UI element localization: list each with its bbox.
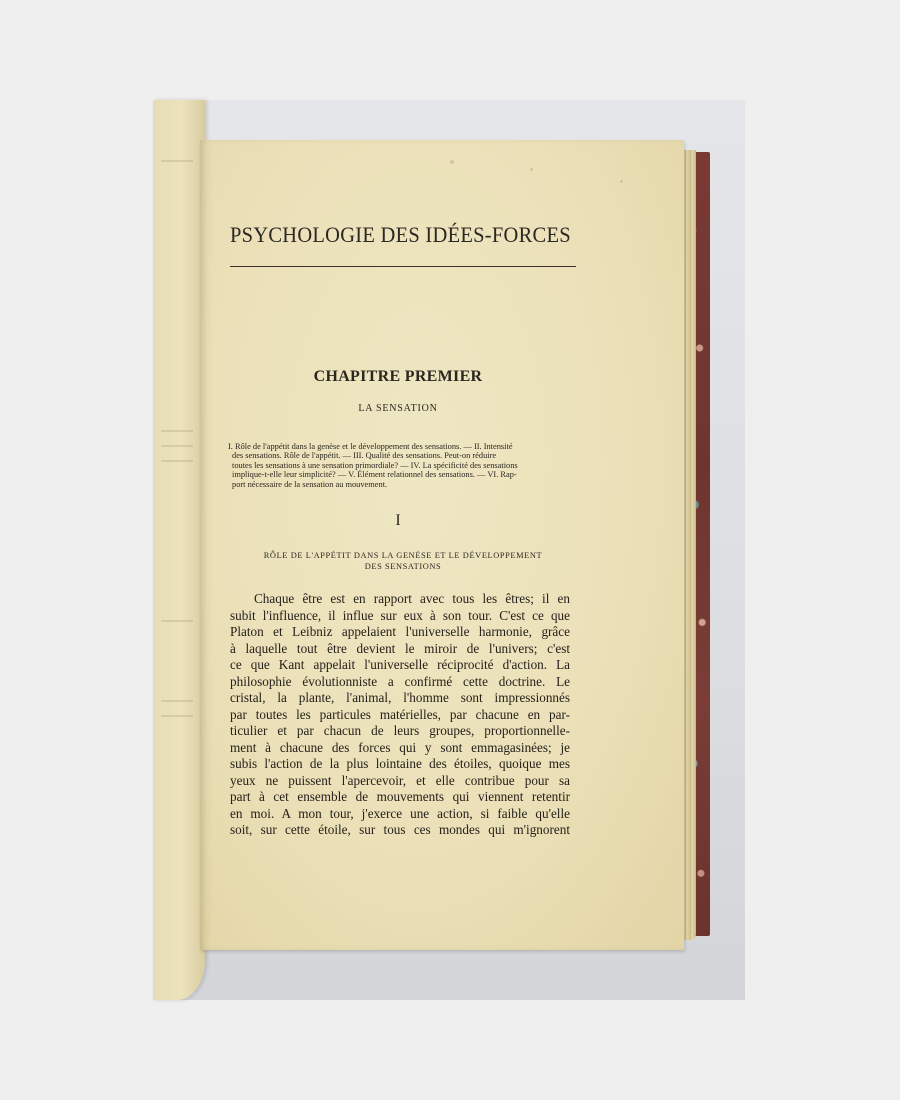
body-line: soit, sur cette étoile, sur tous ces mon… bbox=[230, 822, 570, 839]
show-through-text bbox=[161, 430, 193, 432]
show-through-text bbox=[161, 700, 193, 702]
show-through-text bbox=[161, 460, 193, 462]
chapter-heading: CHAPITRE PREMIER bbox=[200, 368, 596, 386]
summary-line: I. Rôle de l'appétit dans la genèse et l… bbox=[228, 442, 580, 451]
body-text: Chaque être est en rapport avec tous les… bbox=[230, 591, 570, 839]
show-through-text bbox=[161, 715, 193, 717]
foxing-spot bbox=[530, 168, 533, 171]
summary-line: des sensations. Rôle de l'appétit. — III… bbox=[232, 451, 580, 460]
body-line: en moi. A mon tour, j'exerce une action,… bbox=[230, 806, 570, 823]
summary-line: implique-t-elle leur simplicité? — V. Él… bbox=[232, 470, 580, 479]
body-line: ce que Kant appelait l'universelle récip… bbox=[230, 657, 570, 674]
body-line: par toutes les particules matérielles, p… bbox=[230, 707, 570, 724]
body-line: philosophie évolutionniste a confirmé ce… bbox=[230, 674, 570, 691]
show-through-text bbox=[161, 160, 193, 162]
section-heading-line: RÔLE DE L'APPÉTIT DANS LA GENÈSE ET LE D… bbox=[240, 550, 566, 561]
left-page-edge bbox=[153, 100, 205, 1000]
body-line: cristal, la plante, l'animal, l'homme so… bbox=[230, 690, 570, 707]
body-line: Platon et Leibniz appelaient l'universel… bbox=[230, 624, 570, 641]
body-line: subis l'action de la plus lointaine des … bbox=[230, 756, 570, 773]
summary-line: toutes les sensations à une sensation pr… bbox=[232, 461, 580, 470]
show-through-text bbox=[161, 445, 193, 447]
book-page: PSYCHOLOGIE DES IDÉES-FORCES CHAPITRE PR… bbox=[200, 140, 684, 950]
section-heading-line: DES SENSATIONS bbox=[240, 561, 566, 572]
title-rule bbox=[230, 266, 576, 267]
chapter-subtitle: LA SENSATION bbox=[200, 403, 596, 414]
body-line: ment à chacune des forces qui y sont emm… bbox=[230, 740, 570, 757]
body-line: ticulier et par chacun de leurs groupes,… bbox=[230, 723, 570, 740]
section-heading: RÔLE DE L'APPÉTIT DANS LA GENÈSE ET LE D… bbox=[240, 550, 566, 572]
body-line: yeux ne puissent l'apercevoir, et elle c… bbox=[230, 773, 570, 790]
body-line: part à cet ensemble de mouvements qui vi… bbox=[230, 789, 570, 806]
body-line: subit l'influence, il influe sur eux à s… bbox=[230, 608, 570, 625]
chapter-summary: I. Rôle de l'appétit dans la genèse et l… bbox=[228, 442, 580, 489]
foxing-spot bbox=[620, 180, 623, 183]
show-through-text bbox=[161, 620, 193, 622]
foxing-spot bbox=[450, 160, 454, 164]
summary-line: port nécessaire de la sensation au mouve… bbox=[232, 480, 580, 489]
body-line: Chaque être est en rapport avec tous les… bbox=[230, 591, 570, 608]
body-line: à laquelle tout être devient le miroir d… bbox=[230, 641, 570, 658]
book-title: PSYCHOLOGIE DES IDÉES-FORCES bbox=[230, 222, 556, 248]
section-numeral: I bbox=[200, 512, 596, 530]
